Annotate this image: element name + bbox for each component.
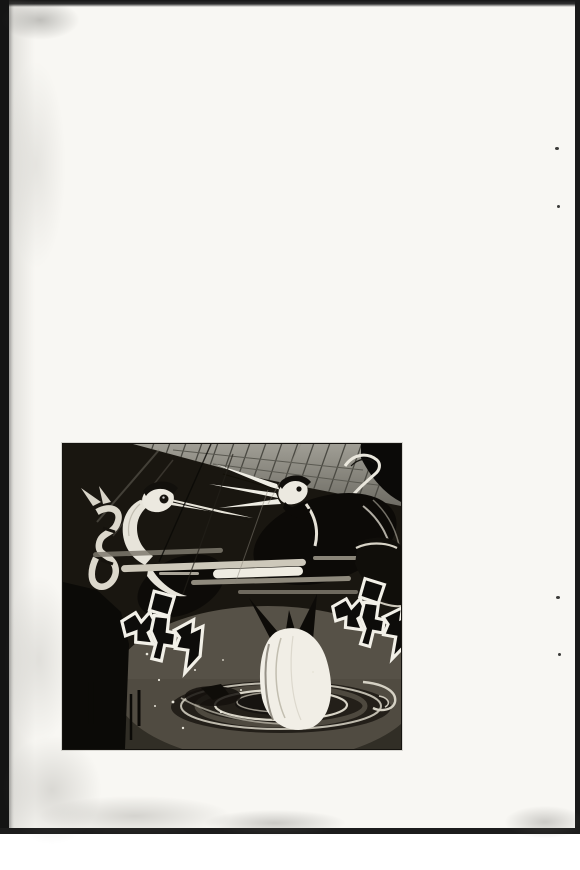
- grain-blob: [0, 0, 80, 40]
- grain-blob: [505, 806, 580, 838]
- below-scan-white: [0, 834, 580, 870]
- left-edge-strip: [0, 0, 9, 834]
- grain-blob: [40, 796, 230, 836]
- panel-artwork: [63, 444, 401, 749]
- manga-panel: [62, 443, 402, 750]
- grain-blob: [6, 60, 66, 270]
- eye: [296, 486, 301, 491]
- scanned-page: [0, 0, 580, 870]
- left-edge-grain: [9, 0, 35, 834]
- toner-speck: [558, 653, 561, 656]
- grain-blob: [205, 810, 345, 836]
- eye-patch: [160, 495, 169, 504]
- bottom-scan-line: [0, 828, 580, 834]
- top-edge-shadow: [0, 0, 580, 7]
- grain-blob: [2, 735, 102, 845]
- toner-speck: [555, 147, 559, 150]
- right-edge-strip: [575, 0, 580, 834]
- toner-speck: [556, 596, 560, 599]
- toner-speck: [557, 205, 560, 208]
